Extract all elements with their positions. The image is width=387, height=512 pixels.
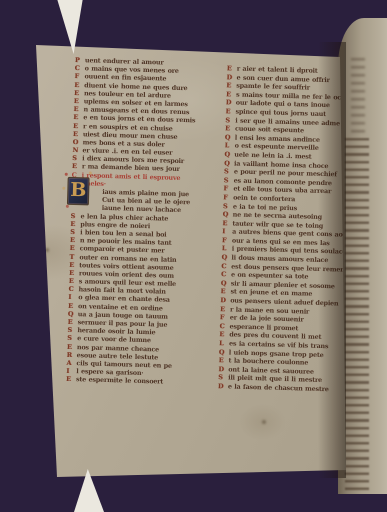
line-initial-letter: S xyxy=(67,334,74,342)
line-initial-letter: L xyxy=(222,245,229,254)
line-initial-letter: F xyxy=(223,185,230,194)
line-initial-letter: T xyxy=(69,252,76,260)
line-initial-letter: S xyxy=(224,167,231,176)
line-initial-letter: E xyxy=(227,64,234,73)
line-initial-letter: L xyxy=(224,142,231,151)
line-initial-letter: E xyxy=(73,130,80,138)
line-initial-letter: S xyxy=(70,212,77,220)
line-initial-letter: E xyxy=(69,277,76,285)
line-initial-letter: S xyxy=(70,228,77,236)
line-initial-letter: D xyxy=(226,99,233,108)
line-initial-letter: E xyxy=(73,113,80,121)
line-text: ste espermite le consoert xyxy=(76,375,163,385)
text-block: Puent endurer al amour Co mains que vos … xyxy=(18,39,346,488)
line-initial-letter: Q xyxy=(221,253,228,262)
line-initial-letter: I xyxy=(222,227,229,236)
line-initial-letter: E xyxy=(70,244,77,252)
page-holder-strip-top xyxy=(55,0,85,54)
line-initial-letter: E xyxy=(220,305,227,314)
manuscript-page: Puent endurer al amour Co mains que vos … xyxy=(30,40,346,480)
line-initial-letter: E xyxy=(70,236,77,244)
line-initial-letter: N xyxy=(72,146,79,154)
line-initial-letter: F xyxy=(74,72,81,80)
manuscript-photo: Puent endurer al amour Co mains que vos … xyxy=(0,0,387,512)
line-initial-letter: E xyxy=(69,261,76,269)
line-initial-letter: E xyxy=(226,81,233,90)
line-initial-letter: I xyxy=(66,367,73,375)
line-initial-letter: E xyxy=(225,124,232,133)
line-initial-letter: E xyxy=(74,89,81,97)
line-initial-letter: F xyxy=(222,236,229,245)
facing-page-text-blur xyxy=(345,138,369,494)
line-initial-letter: E xyxy=(67,342,74,350)
line-initial-letter: E xyxy=(70,220,77,228)
facing-page-text-blur-upper xyxy=(351,58,365,138)
line-initial-letter: C xyxy=(75,64,82,72)
line-initial-letter: A xyxy=(66,359,73,367)
line-initial-letter: E xyxy=(66,375,73,383)
line-initial-letter: E xyxy=(220,288,227,297)
line-initial-letter: E xyxy=(219,331,226,340)
line-initial-letter: F xyxy=(220,313,227,322)
line-initial-letter: Q xyxy=(224,159,231,168)
line-initial-letter: Q xyxy=(219,348,226,357)
line-initial-letter: D xyxy=(220,296,227,305)
line-initial-letter: E xyxy=(73,105,80,113)
line-initial-letter: C xyxy=(68,285,75,293)
line-initial-letter: E xyxy=(218,356,225,365)
line-initial-letter: D xyxy=(218,382,225,391)
line-initial-letter: C xyxy=(219,322,226,331)
line-initial-letter: S xyxy=(72,154,79,162)
line-initial-letter: R xyxy=(67,351,74,359)
line-initial-letter: S xyxy=(225,116,232,125)
line-initial-letter: S xyxy=(223,202,230,211)
line-initial-letter: E xyxy=(69,269,76,277)
line-initial-letter: E xyxy=(74,97,81,105)
line-initial-letter: Q xyxy=(225,133,232,142)
line-text: e la fason de chascun mestre xyxy=(228,382,329,393)
line-initial-letter: S xyxy=(224,176,231,185)
line-initial-letter: S xyxy=(218,373,225,382)
line-initial-letter: C xyxy=(221,270,228,279)
line-initial-letter: D xyxy=(226,73,233,82)
line-initial-letter: I xyxy=(68,293,75,301)
line-initial-letter: E xyxy=(74,81,81,89)
line-initial-letter: Q xyxy=(221,279,228,288)
line-initial-letter: E xyxy=(222,219,229,228)
gutter-shadow xyxy=(318,42,346,478)
line-initial-letter: D xyxy=(218,365,225,374)
line-initial-letter: Q xyxy=(223,210,230,219)
line-initial-letter: E xyxy=(72,162,79,170)
line-initial-letter: E xyxy=(68,318,75,326)
line-initial-letter: C xyxy=(221,262,228,271)
decorated-initial-B: B xyxy=(67,177,90,206)
line-initial-letter: L xyxy=(219,339,226,348)
text-column-left: Puent endurer al amour Co mains que vos … xyxy=(66,56,203,387)
line-initial-letter: S xyxy=(67,326,74,334)
line-initial-letter: E xyxy=(225,107,232,116)
line-initial-letter: P xyxy=(75,56,82,64)
line-initial-letter: Q xyxy=(68,310,75,318)
line-initial-letter: E xyxy=(73,121,80,129)
line-initial-letter: E xyxy=(226,90,233,99)
line-initial-letter: O xyxy=(73,138,80,146)
line-initial-letter: F xyxy=(223,193,230,202)
line-initial-letter: Q xyxy=(224,150,231,159)
line-initial-letter: E xyxy=(68,302,75,310)
